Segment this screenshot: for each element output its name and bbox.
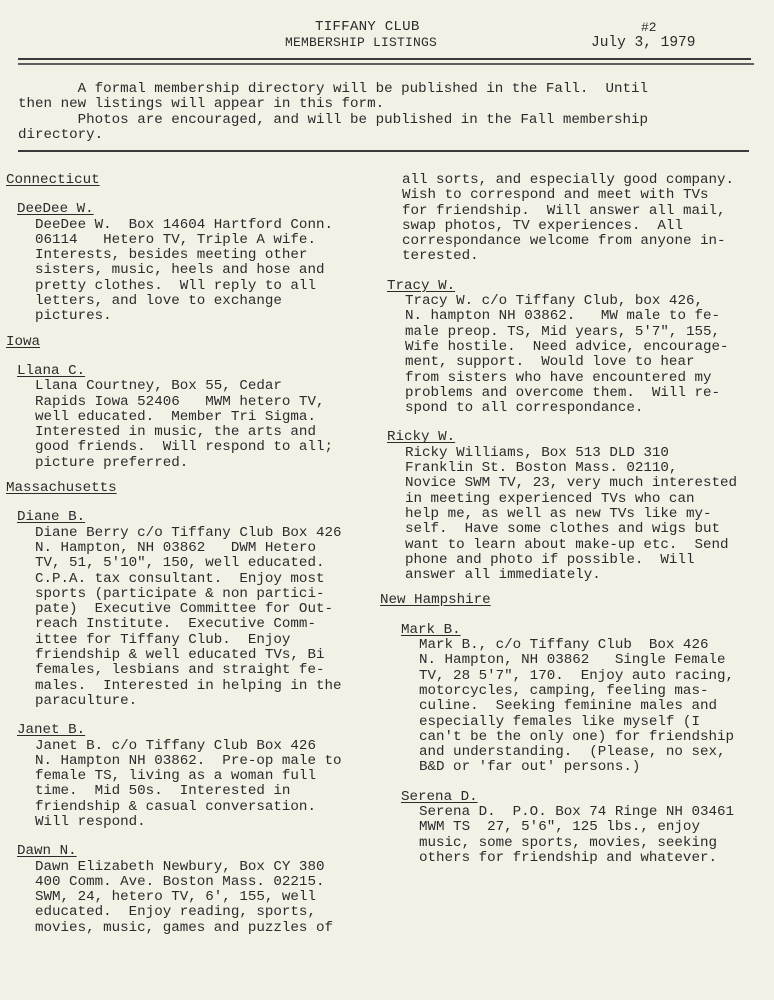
listing-text: Dawn Elizabeth Newbury, Box CY 380 400 C… — [35, 860, 376, 936]
listing-text: Janet B. c/o Tiffany Club Box 426 N. Ham… — [35, 739, 376, 831]
state-heading-iowa: Iowa — [6, 335, 376, 350]
header-rule-top — [18, 58, 751, 60]
issue-number: #2 — [641, 20, 657, 35]
listing-name: Dawn N. — [17, 844, 376, 859]
listing-name: Llana C. — [17, 364, 376, 379]
listing-mark-b: Mark B. Mark B., c/o Tiffany Club Box 42… — [401, 623, 774, 776]
listing-name: Serena D. — [401, 790, 774, 805]
listing-deedee-w: DeeDee W. DeeDee W. Box 14604 Hartford C… — [17, 202, 376, 324]
listing-name: Diane B. — [17, 510, 376, 525]
intro-paragraph: A formal membership directory will be pu… — [18, 82, 648, 143]
state-heading-new-hampshire: New Hampshire — [380, 593, 774, 608]
listing-name: Ricky W. — [387, 430, 774, 445]
listing-text: Diane Berry c/o Tiffany Club Box 426 N. … — [35, 526, 376, 710]
listing-text: Tracy W. c/o Tiffany Club, box 426, N. h… — [405, 294, 774, 416]
listing-janet-b: Janet B. Janet B. c/o Tiffany Club Box 4… — [17, 723, 376, 830]
listing-text: Serena D. P.O. Box 74 Ringe NH 03461 MWM… — [419, 805, 774, 866]
listing-dawn-n-continued: all sorts, and especially good company. … — [402, 173, 774, 265]
listing-name: Mark B. — [401, 623, 774, 638]
header-rule-bottom — [18, 63, 754, 65]
listing-name: Janet B. — [17, 723, 376, 738]
listing-name: DeeDee W. — [17, 202, 376, 217]
state-heading-connecticut: Connecticut — [6, 173, 376, 188]
newsletter-title: TIFFANY CLUB — [315, 20, 420, 35]
listing-serena-d: Serena D. Serena D. P.O. Box 74 Ringe NH… — [401, 790, 774, 866]
left-column: Connecticut DeeDee W. DeeDee W. Box 1460… — [6, 173, 376, 936]
state-heading-massachusetts: Massachusetts — [6, 481, 376, 496]
listing-llana-c: Llana C. Llana Courtney, Box 55, Cedar R… — [17, 364, 376, 471]
issue-date: July 3, 1979 — [591, 36, 695, 51]
listing-tracy-w: Tracy W. Tracy W. c/o Tiffany Club, box … — [387, 279, 774, 417]
listing-text: DeeDee W. Box 14604 Hartford Conn. 06114… — [35, 218, 376, 325]
intro-rule — [18, 150, 749, 152]
newsletter-subtitle: MEMBERSHIP LISTINGS — [285, 35, 437, 50]
listing-dawn-n: Dawn N. Dawn Elizabeth Newbury, Box CY 3… — [17, 844, 376, 936]
right-column: all sorts, and especially good company. … — [390, 173, 774, 866]
listing-text: Ricky Williams, Box 513 DLD 310 Franklin… — [405, 446, 774, 584]
listing-diane-b: Diane B. Diane Berry c/o Tiffany Club Bo… — [17, 510, 376, 709]
listing-name: Tracy W. — [387, 279, 774, 294]
listing-text: Mark B., c/o Tiffany Club Box 426 N. Ham… — [419, 638, 774, 776]
listing-text: Llana Courtney, Box 55, Cedar Rapids Iow… — [35, 379, 376, 471]
listing-ricky-w: Ricky W. Ricky Williams, Box 513 DLD 310… — [387, 430, 774, 583]
